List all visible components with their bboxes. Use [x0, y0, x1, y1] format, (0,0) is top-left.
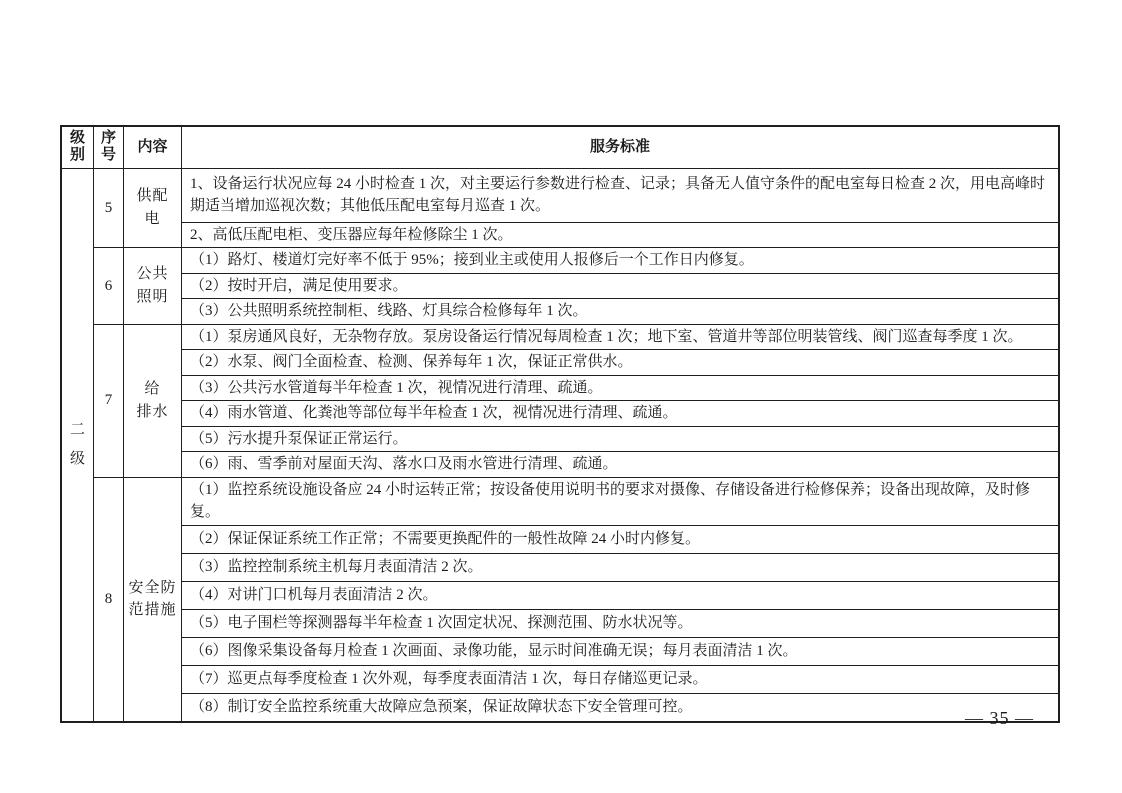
seq-cell: 5 [94, 169, 124, 248]
standard-items: （1）监控系统设施设备应 24 小时运转正常；按设备使用说明书的要求对摄像、存储… [182, 478, 1058, 721]
standard-item: （1）路灯、楼道灯完好率不低于 95%；接到业主或使用人报修后一个工作日内修复。 [182, 248, 1058, 273]
standard-item: 1、设备运行状况应每 24 小时检查 1 次，对主要运行参数进行检查、记录；具备… [182, 169, 1058, 222]
seq-cell: 8 [94, 478, 124, 721]
content-cell: 公共 照明 [124, 248, 182, 324]
table-row-group-6: 6 公共 照明 （1）路灯、楼道灯完好率不低于 95%；接到业主或使用人报修后一… [94, 247, 1058, 324]
standard-item: （4）对讲门口机每月表面清洁 2 次。 [182, 581, 1058, 609]
standard-items: （1）路灯、楼道灯完好率不低于 95%；接到业主或使用人报修后一个工作日内修复。… [182, 248, 1058, 324]
standard-item: （8）制订安全监控系统重大故障应急预案，保证故障状态下安全管理可控。 [182, 693, 1058, 721]
content-cell: 安全防 范措施 [124, 478, 182, 721]
document-page: 级 别 序 号 内容 服务标准 二 级 5 供配 电 1、设备运行状况应每 24… [0, 0, 1122, 793]
standard-item: （5）电子围栏等探测器每半年检查 1 次固定状况、探测范围、防水状况等。 [182, 609, 1058, 637]
standard-items: 1、设备运行状况应每 24 小时检查 1 次，对主要运行参数进行检查、记录；具备… [182, 169, 1058, 248]
standard-item: 2、高低压配电柜、变压器应每年检修除尘 1 次。 [182, 222, 1058, 248]
header-cell-seq: 序 号 [94, 127, 124, 168]
standard-item: （7）巡更点每季度检查 1 次外观，每季度表面清洁 1 次，每日存储巡更记录。 [182, 665, 1058, 693]
seq-cell: 7 [94, 325, 124, 477]
table-header-row: 级 别 序 号 内容 服务标准 [62, 127, 1058, 169]
standard-items: （1）泵房通风良好，无杂物存放。泵房设备运行情况每周检查 1 次；地下室、管道井… [182, 325, 1058, 477]
standard-item: （5）污水提升泵保证正常运行。 [182, 426, 1058, 452]
content-cell: 给 排水 [124, 325, 182, 477]
header-cell-level: 级 别 [62, 127, 94, 168]
standard-item: （6）图像采集设备每月检查 1 次画面、录像功能，显示时间准确无误；每月表面清洁… [182, 637, 1058, 665]
standard-item: （4）雨水管道、化粪池等部位每半年检查 1 次，视情况进行清理、疏通。 [182, 400, 1058, 426]
row-groups: 5 供配 电 1、设备运行状况应每 24 小时检查 1 次，对主要运行参数进行检… [94, 169, 1058, 721]
service-standard-table: 级 别 序 号 内容 服务标准 二 级 5 供配 电 1、设备运行状况应每 24… [60, 125, 1060, 723]
header-cell-standard: 服务标准 [182, 127, 1058, 168]
standard-item: （2）水泵、阀门全面检查、检测、保养每年 1 次，保证正常供水。 [182, 349, 1058, 375]
standard-item: （3）公共污水管道每半年检查 1 次，视情况进行清理、疏通。 [182, 375, 1058, 401]
standard-item: （3）监控控制系统主机每月表面清洁 2 次。 [182, 553, 1058, 581]
content-cell: 供配 电 [124, 169, 182, 248]
standard-item: （6）雨、雪季前对屋面天沟、落水口及雨水管进行清理、疏通。 [182, 451, 1058, 477]
level-cell: 二 级 [62, 169, 94, 721]
standard-item: （1）泵房通风良好，无杂物存放。泵房设备运行情况每周检查 1 次；地下室、管道井… [182, 325, 1058, 350]
standard-item: （1）监控系统设施设备应 24 小时运转正常；按设备使用说明书的要求对摄像、存储… [182, 478, 1058, 525]
standard-item: （2）按时开启，满足使用要求。 [182, 273, 1058, 299]
seq-cell: 6 [94, 248, 124, 324]
standard-item: （2）保证保证系统工作正常；不需要更换配件的一般性故障 24 小时内修复。 [182, 525, 1058, 553]
page-number: — 35 — [965, 708, 1034, 729]
header-cell-content: 内容 [124, 127, 182, 168]
table-row-group-8: 8 安全防 范措施 （1）监控系统设施设备应 24 小时运转正常；按设备使用说明… [94, 477, 1058, 721]
table-row-group-5: 5 供配 电 1、设备运行状况应每 24 小时检查 1 次，对主要运行参数进行检… [94, 169, 1058, 248]
standard-item: （3）公共照明系统控制柜、线路、灯具综合检修每年 1 次。 [182, 298, 1058, 324]
table-body: 二 级 5 供配 电 1、设备运行状况应每 24 小时检查 1 次，对主要运行参… [62, 169, 1058, 721]
table-row-group-7: 7 给 排水 （1）泵房通风良好，无杂物存放。泵房设备运行情况每周检查 1 次；… [94, 324, 1058, 477]
